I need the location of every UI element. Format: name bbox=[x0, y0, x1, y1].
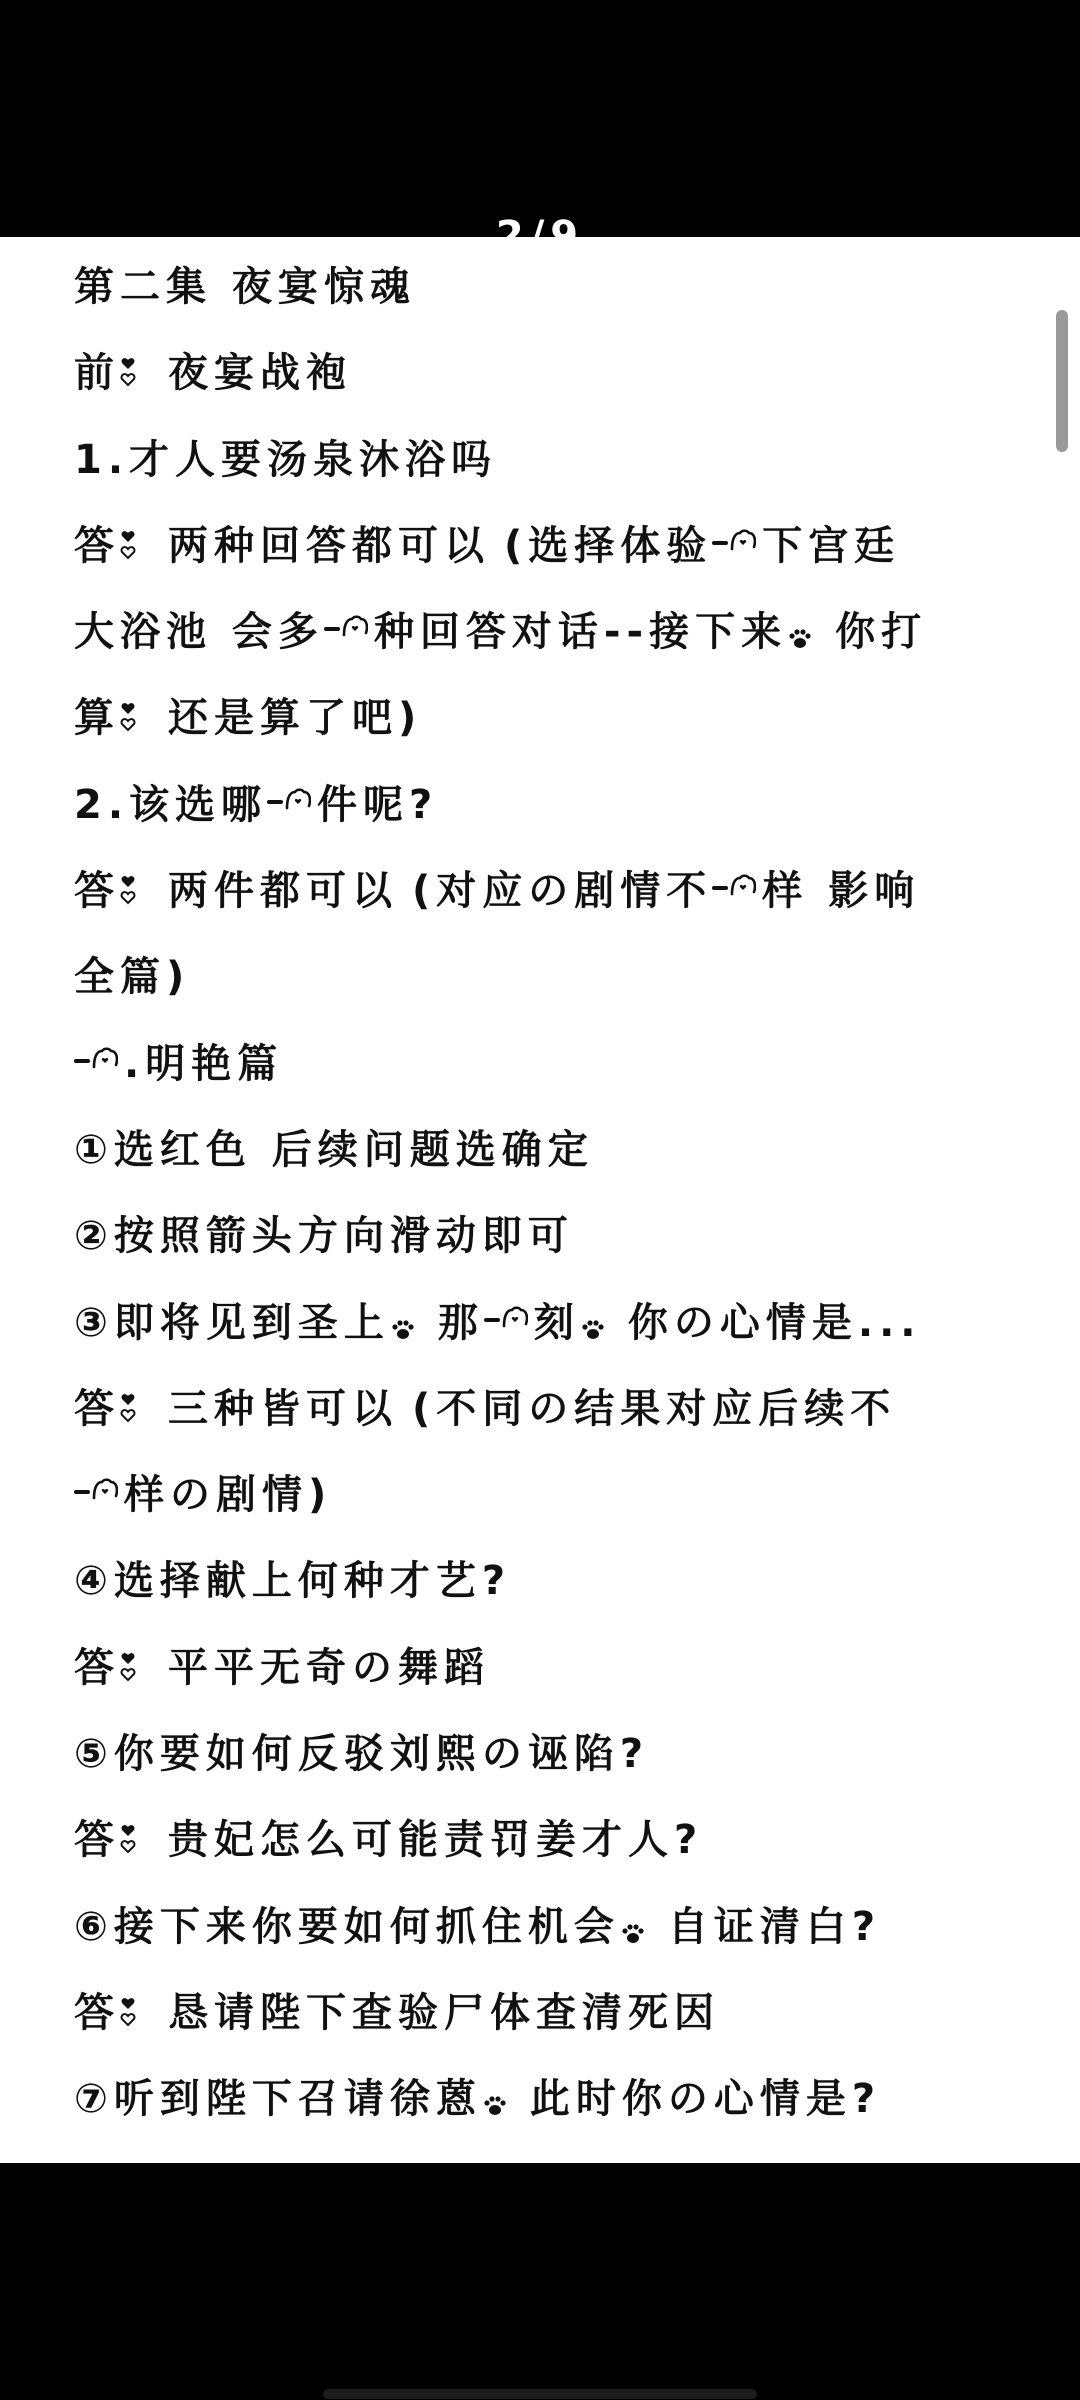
vertical-scrollbar[interactable] bbox=[1056, 310, 1068, 452]
answer-line: 答贵妃怎么可能责罚姜才人? bbox=[74, 1814, 1034, 1900]
paw-print-icon bbox=[482, 2080, 508, 2120]
gesture-nav-handle[interactable] bbox=[323, 2389, 757, 2399]
dash-heart-icon bbox=[484, 1300, 528, 1340]
dash-heart-icon bbox=[74, 1472, 118, 1512]
dash-heart-icon bbox=[712, 523, 756, 563]
question-line: 2.该选哪件呢? bbox=[74, 779, 1034, 865]
section-heading: .明艳篇 bbox=[74, 1038, 1034, 1124]
text-line: 前夜宴战袍 bbox=[74, 347, 1034, 433]
step-line: ③即将见到圣上那刻你の心情是... bbox=[74, 1297, 1034, 1383]
heart-colon-icon bbox=[120, 870, 148, 910]
top-black-bar bbox=[0, 0, 1080, 237]
dash-heart-icon bbox=[74, 1041, 118, 1081]
paw-print-icon bbox=[580, 1304, 606, 1344]
step-line: ⑦听到陛下召请徐蒽此时你の心情是? bbox=[74, 2073, 1034, 2159]
episode-title: 第二集 夜宴惊魂 bbox=[74, 261, 1034, 347]
text-line: 全篇) bbox=[74, 951, 1034, 1037]
dash-heart-icon bbox=[324, 609, 368, 649]
paw-print-icon bbox=[390, 1304, 416, 1344]
heart-colon-icon bbox=[120, 1992, 148, 2032]
paw-print-icon bbox=[787, 613, 813, 653]
answer-line: 答两种回答都可以(选择体验下宫廷 bbox=[74, 520, 1034, 606]
paw-print-icon bbox=[620, 1908, 646, 1948]
answer-line: 答两件都可以(对应の剧情不样 影响 bbox=[74, 865, 1034, 951]
heart-colon-icon bbox=[120, 697, 148, 737]
answer-line: 答恳请陛下查验尸体查清死因 bbox=[74, 1987, 1034, 2073]
bottom-black-bar bbox=[0, 2163, 1080, 2400]
text-line: 算还是算了吧) bbox=[74, 692, 1034, 778]
heart-colon-icon bbox=[120, 352, 148, 392]
answer-line: 答平平无奇の舞蹈 bbox=[74, 1642, 1034, 1728]
dash-heart-icon bbox=[267, 782, 311, 822]
document-content: 第二集 夜宴惊魂 前夜宴战袍 1.才人要汤泉沐浴吗 答两种回答都可以(选择体验下… bbox=[74, 261, 1034, 2160]
text-line: 大浴池 会多种回答对话--接下来你打 bbox=[74, 606, 1034, 692]
step-line: ②按照箭头方向滑动即可 bbox=[74, 1210, 1034, 1296]
heart-colon-icon bbox=[120, 1647, 148, 1687]
heart-colon-icon bbox=[120, 1388, 148, 1428]
text-line: 样の剧情) bbox=[74, 1469, 1034, 1555]
heart-colon-icon bbox=[120, 1819, 148, 1859]
document-page[interactable]: 第二集 夜宴惊魂 前夜宴战袍 1.才人要汤泉沐浴吗 答两种回答都可以(选择体验下… bbox=[0, 237, 1080, 2163]
dash-heart-icon bbox=[712, 868, 756, 908]
step-line: ④选择献上何种才艺? bbox=[74, 1555, 1034, 1641]
step-line: ①选红色 后续问题选确定 bbox=[74, 1124, 1034, 1210]
step-line: ⑤你要如何反驳刘熙の诬陷? bbox=[74, 1728, 1034, 1814]
step-line: ⑥接下来你要如何抓住机会自证清白? bbox=[74, 1901, 1034, 1987]
answer-line: 答三种皆可以(不同の结果对应后续不 bbox=[74, 1383, 1034, 1469]
heart-colon-icon bbox=[120, 525, 148, 565]
question-line: 1.才人要汤泉沐浴吗 bbox=[74, 434, 1034, 520]
